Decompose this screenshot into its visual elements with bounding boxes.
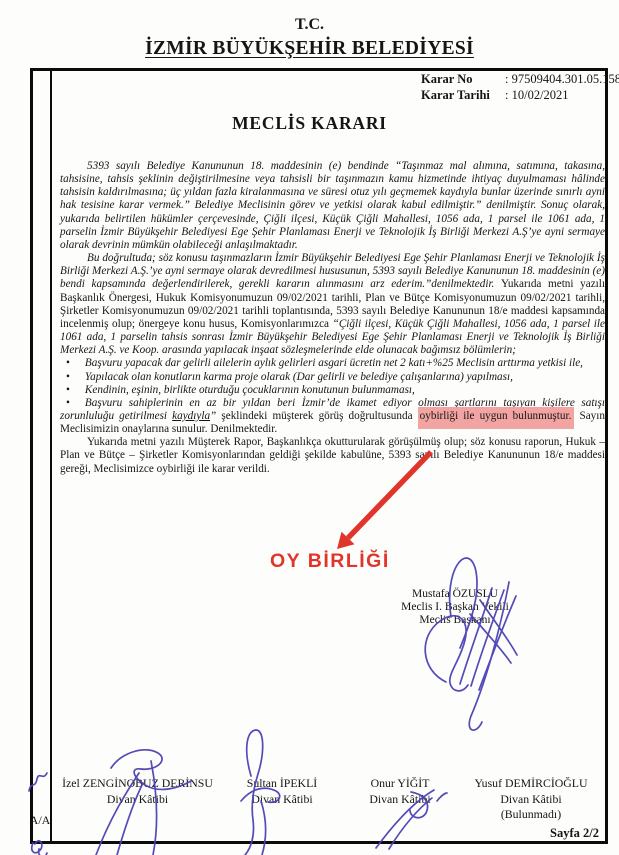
signer-block-yusuf: Yusuf DEMİRCİOĞLU Divan Kâtibi (Bulunmad… (458, 776, 604, 823)
bullet-item-mixed-project: •Yapılacak olan konutların karma proje o… (60, 371, 605, 384)
signer-title: Divan Kâtibi (60, 792, 215, 808)
decision-number-row: Karar No : 97509404.301.05.158 (421, 71, 619, 87)
decision-date-value: : 10/02/2021 (505, 87, 569, 103)
signer-name: Onur YİĞİT (335, 776, 465, 792)
signer-title: Divan Kâtibi (212, 792, 352, 808)
page-number: Sayfa 2/2 (550, 826, 599, 841)
bullet-icon: • (60, 384, 70, 396)
signer-absence-note: (Bulunmadı) (458, 807, 604, 823)
signer-title: Divan Kâtibi (335, 792, 465, 808)
scanned-council-decision-page: T.C. İZMİR BÜYÜKŞEHİR BELEDİYESİ Karar N… (0, 0, 619, 855)
left-margin-rule (50, 68, 52, 844)
paragraph-law-quote: 5393 sayılı Belediye Kanununun 18. madde… (60, 160, 605, 252)
bullet-item-income-limit: •Başvuru yapacak dar gelirli ailelerin a… (60, 357, 605, 370)
paragraph-proposal-and-committees: Bu doğrultuda; söz konusu taşınmazların … (60, 252, 605, 357)
main-signer-block: Mustafa ÖZUSLU Meclis I. Başkan Vekili M… (360, 588, 550, 628)
signer-block-sultan: Sultan İPEKLİ Divan Kâtibi (212, 776, 352, 807)
oy-birligi-annotation: OY BİRLİĞİ (270, 550, 390, 573)
decision-number-label: Karar No (421, 71, 505, 87)
decision-meta: Karar No : 97509404.301.05.158 Karar Tar… (421, 71, 619, 103)
main-signer-title-1: Meclis I. Başkan Vekili (360, 601, 550, 614)
signer-block-izel: İzel ZENGİNOBUZ DERİNSU Divan Kâtibi (60, 776, 215, 807)
decision-date-row: Karar Tarihi : 10/02/2021 (421, 87, 619, 103)
header-organization: İZMİR BÜYÜKŞEHİR BELEDİYESİ (0, 38, 619, 60)
main-signer-title-2: Meclis Başkanı (360, 614, 550, 627)
signer-title: Divan Kâtibi (458, 792, 604, 808)
highlighted-phrase-unanimous: oybirliği ile uygun bulunmuştur. (418, 407, 575, 429)
signer-block-onur: Onur YİĞİT Divan Kâtibi (335, 776, 465, 807)
bullet-icon: • (60, 397, 70, 409)
header-tc: T.C. (0, 16, 619, 34)
decision-date-label: Karar Tarihi (421, 87, 505, 103)
signer-name: İzel ZENGİNOBUZ DERİNSU (60, 776, 215, 792)
bullet-item-no-existing-home: •Kendinin, eşinin, birlikte oturduğu çoc… (60, 384, 605, 397)
decision-body-text: 5393 sayılı Belediye Kanununun 18. madde… (60, 160, 605, 476)
margin-aa-label: A/A (29, 813, 51, 828)
paragraph-final-resolution: Yukarıda metni yazılı Müşterek Rapor, Ba… (60, 436, 605, 475)
main-signer-name: Mustafa ÖZUSLU (360, 588, 550, 601)
bullet-item-residency-and-decision: •Başvuru sahiplerinin en az bir yıldan b… (60, 397, 605, 436)
signer-name: Yusuf DEMİRCİOĞLU (458, 776, 604, 792)
bullet-icon: • (60, 357, 70, 369)
signer-name: Sultan İPEKLİ (212, 776, 352, 792)
document-title: MECLİS KARARI (0, 113, 619, 134)
bullet-icon: • (60, 371, 70, 383)
underlined-word-kaydiyla: kaydıyla (172, 410, 210, 422)
decision-number-value: : 97509404.301.05.158 (505, 71, 619, 87)
